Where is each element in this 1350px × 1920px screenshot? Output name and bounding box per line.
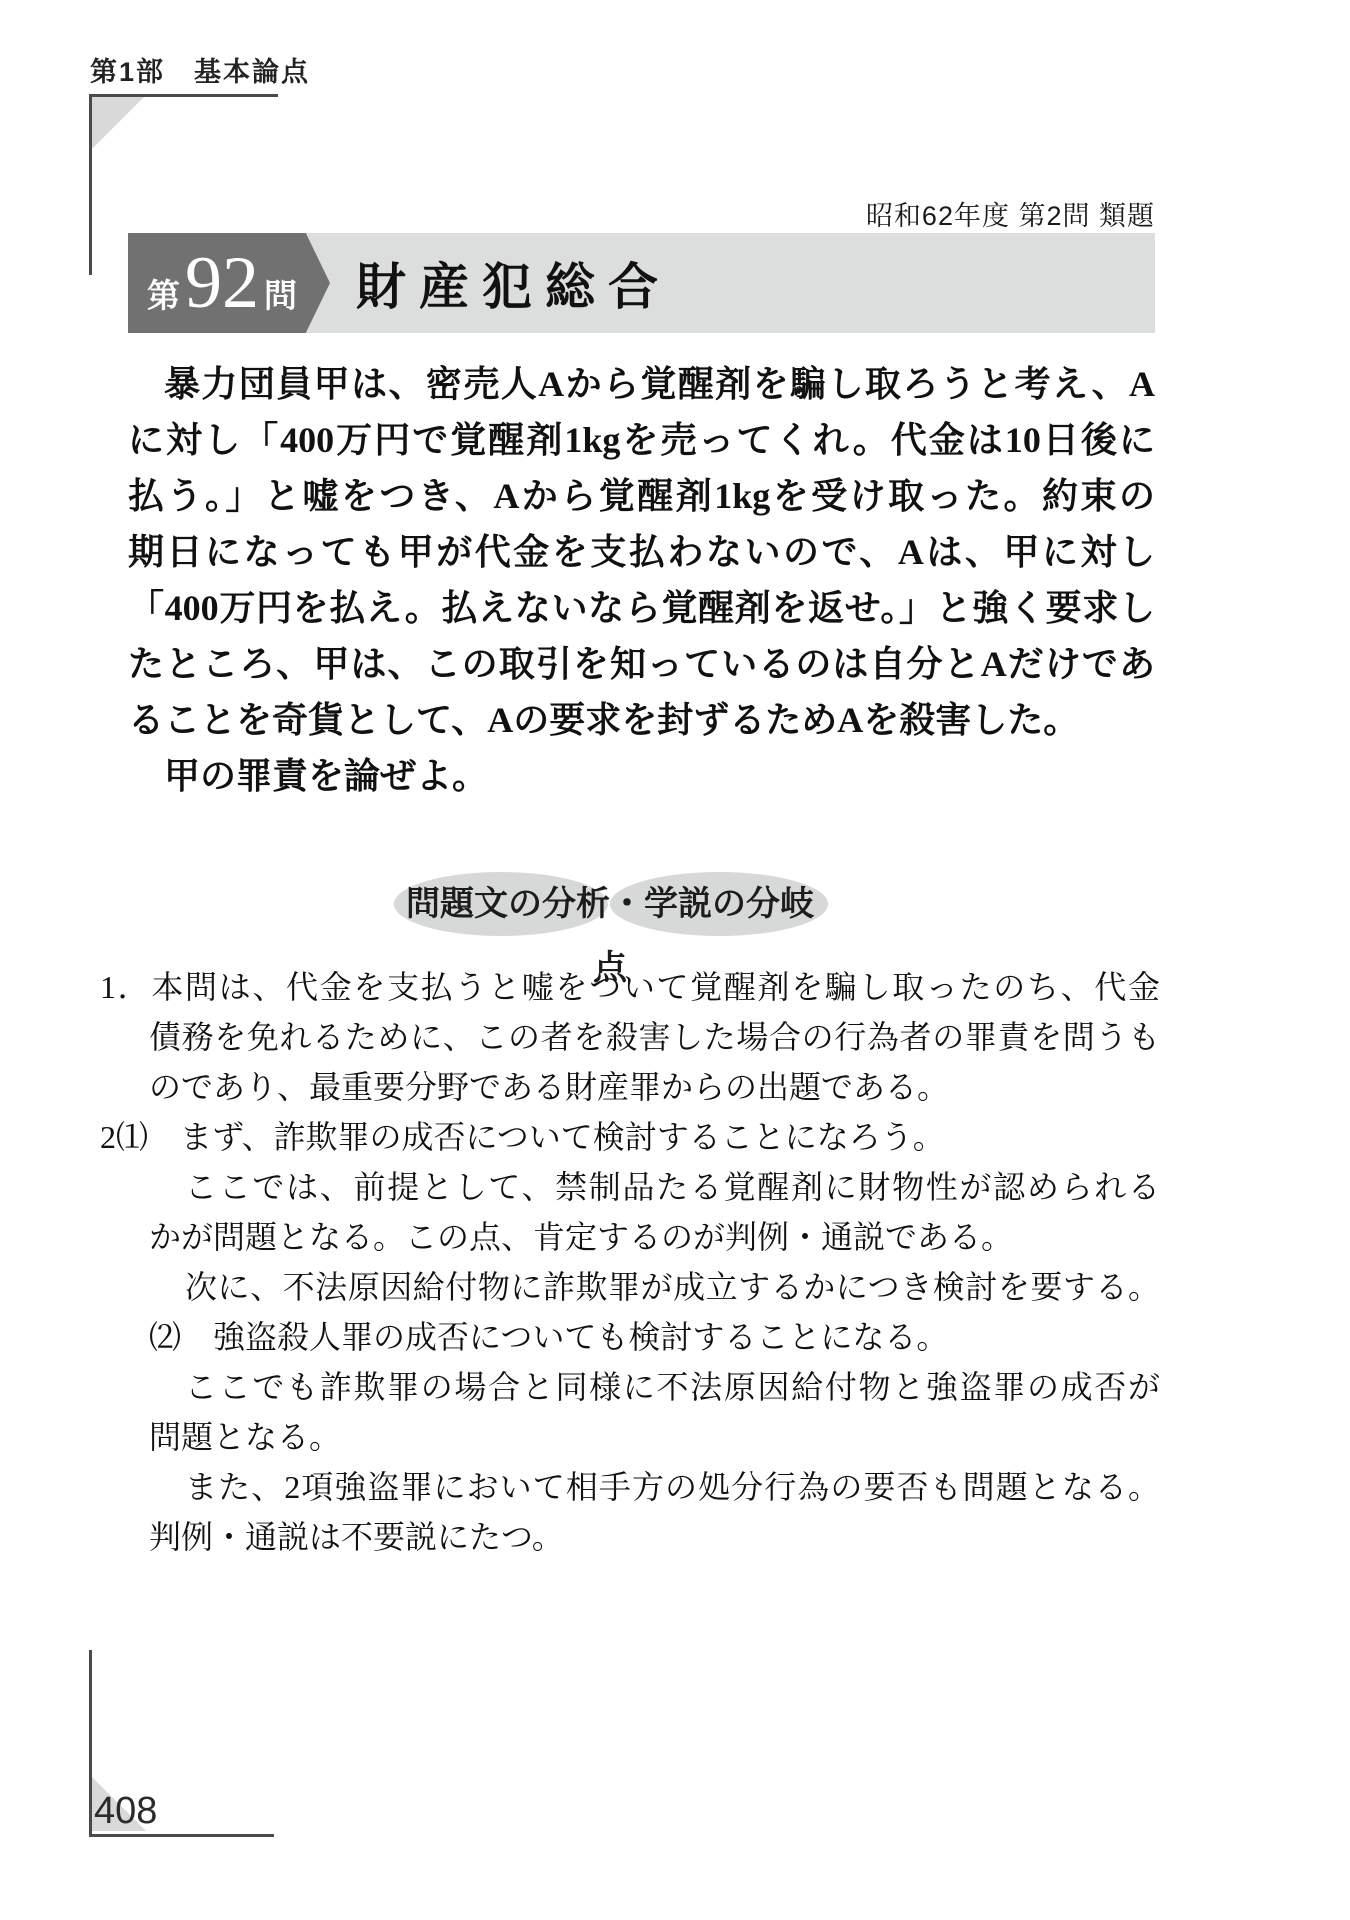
question-title: 財産犯総合 xyxy=(356,247,671,319)
text-line: ここでも詐欺罪の場合と同様に不法原因給付物と強盗罪の成否が xyxy=(100,1362,1160,1412)
text-line: 期日になっても甲が代金を支払わないので、Aは、甲に対し xyxy=(128,524,1155,580)
analysis-block: 1．本問は、代金を支払うと嘘をついて覚醒剤を騙し取ったのち、代金債務を免れるため… xyxy=(100,962,1160,1562)
text-line: 2⑴ まず、詐欺罪の成否について検討することになろう。 xyxy=(100,1112,1160,1162)
text-line: 債務を免れるために、この者を殺害した場合の行為者の罪責を問うも xyxy=(100,1012,1160,1062)
part-label: 第1部 基本論点 xyxy=(90,50,310,89)
text-line: ⑵ 強盗殺人罪の成否についても検討することになる。 xyxy=(100,1312,1160,1362)
text-line: ここでは、前提として、禁制品たる覚醒剤に財物性が認められる xyxy=(100,1162,1160,1212)
question-banner: 第 92 問 財産犯総合 xyxy=(128,233,1155,333)
section-header: 問題文の分析・学説の分岐点 xyxy=(390,872,830,936)
text-line: また、2項強盗罪において相手方の処分行為の要否も問題となる。 xyxy=(100,1462,1160,1512)
text-line: 払う。」と嘘をつき、Aから覚醒剤1kgを受け取った。約束の xyxy=(128,468,1155,524)
text-line: 甲の罪責を論ぜよ。 xyxy=(128,748,1155,804)
top-corner-triangle xyxy=(92,97,144,149)
section-title: 問題文の分析・学説の分岐点 xyxy=(390,872,830,936)
book-page: 第1部 基本論点 昭和62年度 第2問 類題 第 92 問 財産犯総合 暴力団員… xyxy=(0,0,1350,1920)
text-line: に対し「400万円で覚醒剤1kgを売ってくれ。代金は10日後に xyxy=(128,412,1155,468)
text-line: かが問題となる。この点、肯定するのが判例・通説である。 xyxy=(100,1212,1160,1262)
text-line: 判例・通説は不要説にたつ。 xyxy=(100,1512,1160,1562)
text-line: 「400万円を払え。払えないなら覚醒剤を返せ。」と強く要求し xyxy=(128,580,1155,636)
problem-statement: 暴力団員甲は、密売人Aから覚醒剤を騙し取ろうと考え、Aに対し「400万円で覚醒剤… xyxy=(128,356,1155,804)
text-line: たところ、甲は、この取引を知っているのは自分とAだけであ xyxy=(128,636,1155,692)
text-line: 1．本問は、代金を支払うと嘘をついて覚醒剤を騙し取ったのち、代金 xyxy=(100,962,1160,1012)
text-line: のであり、最重要分野である財産罪からの出題である。 xyxy=(100,1062,1160,1112)
text-line: 問題となる。 xyxy=(100,1412,1160,1462)
text-line: 暴力団員甲は、密売人Aから覚醒剤を騙し取ろうと考え、A xyxy=(128,356,1155,412)
question-number-suffix: 問 xyxy=(264,247,297,347)
question-number-arrow: 第 92 問 xyxy=(128,233,330,333)
text-line: 次に、不法原因給付物に詐欺罪が成立するかにつき検討を要する。 xyxy=(100,1262,1160,1312)
text-line: ることを奇貨として、Aの要求を封ずるためAを殺害した。 xyxy=(128,692,1155,748)
question-number: 92 xyxy=(185,233,259,333)
exam-reference: 昭和62年度 第2問 類題 xyxy=(655,194,1155,233)
page-number: 408 xyxy=(94,1792,157,1830)
question-number-prefix: 第 xyxy=(147,247,180,347)
